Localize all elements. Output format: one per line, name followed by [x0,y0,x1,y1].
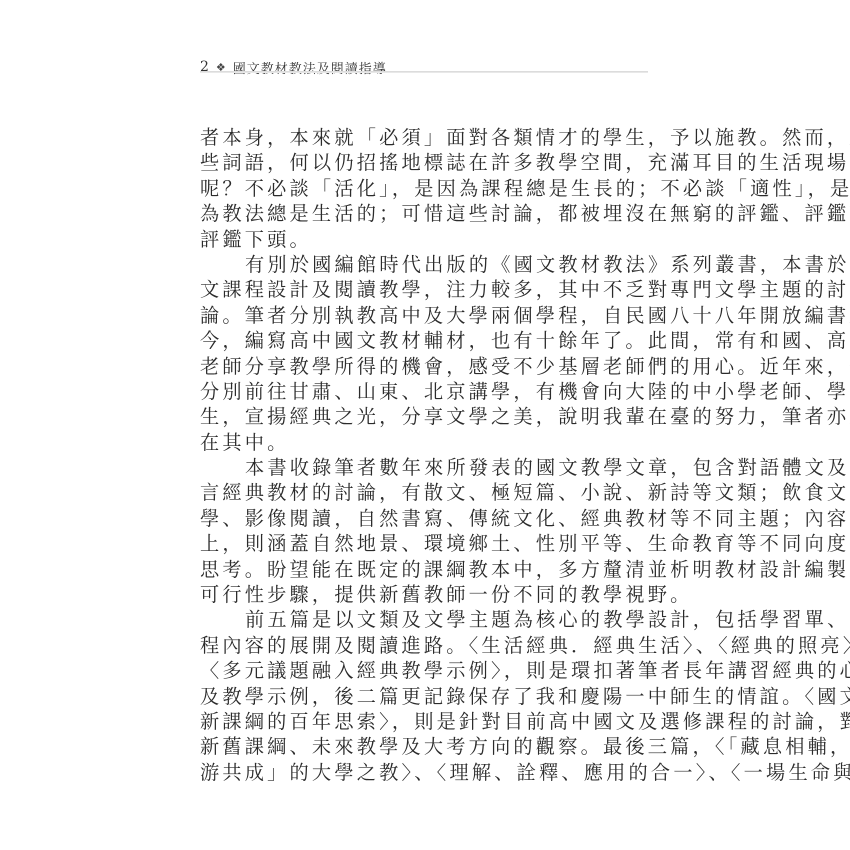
text-line: 新舊課綱、未來教學及大考方向的觀察。最後三篇，〈「藏息相輔，修 [200,734,652,759]
book-title: 國文教材教法及閱讀指導 [233,58,387,77]
text-line: 老師分享教學所得的機會，感受不少基層老師們的用心。近年來，也 [200,354,652,379]
text-line: 新課綱的百年思索〉，則是針對目前高中國文及選修課程的討論，對 [200,709,652,734]
text-line: 者本身，本來就「必須」面對各類情才的學生，予以施教。然而，這 [200,125,652,150]
text-line: 本書收錄筆者數年來所發表的國文教學文章，包含對語體文及文 [200,455,652,480]
text-line: 呢？不必談「活化」，是因為課程總是生長的；不必談「適性」，是因 [200,176,652,201]
text-line: 上，則涵蓋自然地景、環境鄉土、性別平等、生命教育等不同向度的 [200,531,652,556]
book-page: 2 ❖ 國文教材教法及閱讀指導 者本身，本來就「必須」面對各類情才的學生，予以施… [0,0,850,850]
text-line: 思考。盼望能在既定的課綱教本中，多方釐清並析明教材設計編製之 [200,557,652,582]
text-line: 言經典教材的討論，有散文、極短篇、小說、新詩等文類；飲食文 [200,480,652,505]
text-line: 學、影像閱讀，自然書寫、傳統文化、經典教材等不同主題；內容 [200,506,652,531]
text-line: 〈多元議題融入經典教學示例〉，則是環扣著筆者長年講習經典的心得 [200,658,652,683]
paragraph: 有別於國編館時代出版的《國文教材教法》系列叢書，本書於國 文課程設計及閱讀教學，… [200,252,652,455]
text-line: 程內容的展開及閱讀進路。〈生活經典．經典生活〉、〈經典的照亮〉、 [200,633,652,658]
text-line: 有別於國編館時代出版的《國文教材教法》系列叢書，本書於國 [200,252,652,277]
text-line: 論。筆者分別執教高中及大學兩個學程，自民國八十八年開放編書迄 [200,303,652,328]
running-head: 2 ❖ 國文教材教法及閱讀指導 [200,57,387,77]
paragraph: 者本身，本來就「必須」面對各類情才的學生，予以施教。然而，這 些詞語，何以仍招搖… [200,125,652,252]
text-line: 游共成」的大學之教〉、〈理解、詮釋、應用的合一〉、〈一場生命與 [200,760,652,785]
text-line: 生，宣揚經典之光，分享文學之美，說明我輩在臺的努力，筆者亦樂 [200,404,652,429]
paragraph: 本書收錄筆者數年來所發表的國文教學文章，包含對語體文及文 言經典教材的討論，有散… [200,455,652,607]
text-line: 今，編寫高中國文教材輔材，也有十餘年了。此間，常有和國、高中 [200,328,652,353]
header-rule [200,71,648,73]
text-line: 為教法總是生活的；可惜這些討論，都被埋沒在無窮的評鑑、評鑑和 [200,201,652,226]
paragraph: 前五篇是以文類及文學主題為核心的教學設計，包括學習單、課 程內容的展開及閱讀進路… [200,607,652,785]
text-line: 及教學示例，後二篇更記錄保存了我和慶陽一中師生的情誼。〈國文 [200,684,652,709]
text-line: 分別前往甘肅、山東、北京講學，有機會向大陸的中小學老師、學 [200,379,652,404]
text-line: 評鑑下頭。 [200,227,652,252]
text-line: 前五篇是以文類及文學主題為核心的教學設計，包括學習單、課 [200,607,652,632]
text-line: 文課程設計及閱讀教學，注力較多，其中不乏對專門文學主題的討 [200,277,652,302]
body-text: 者本身，本來就「必須」面對各類情才的學生，予以施教。然而，這 些詞語，何以仍招搖… [200,125,652,785]
text-line: 在其中。 [200,430,652,455]
text-line: 些詞語，何以仍招搖地標誌在許多教學空間，充滿耳目的生活現場 [200,150,652,175]
text-line: 可行性步驟，提供新舊教師一份不同的教學視野。 [200,582,652,607]
